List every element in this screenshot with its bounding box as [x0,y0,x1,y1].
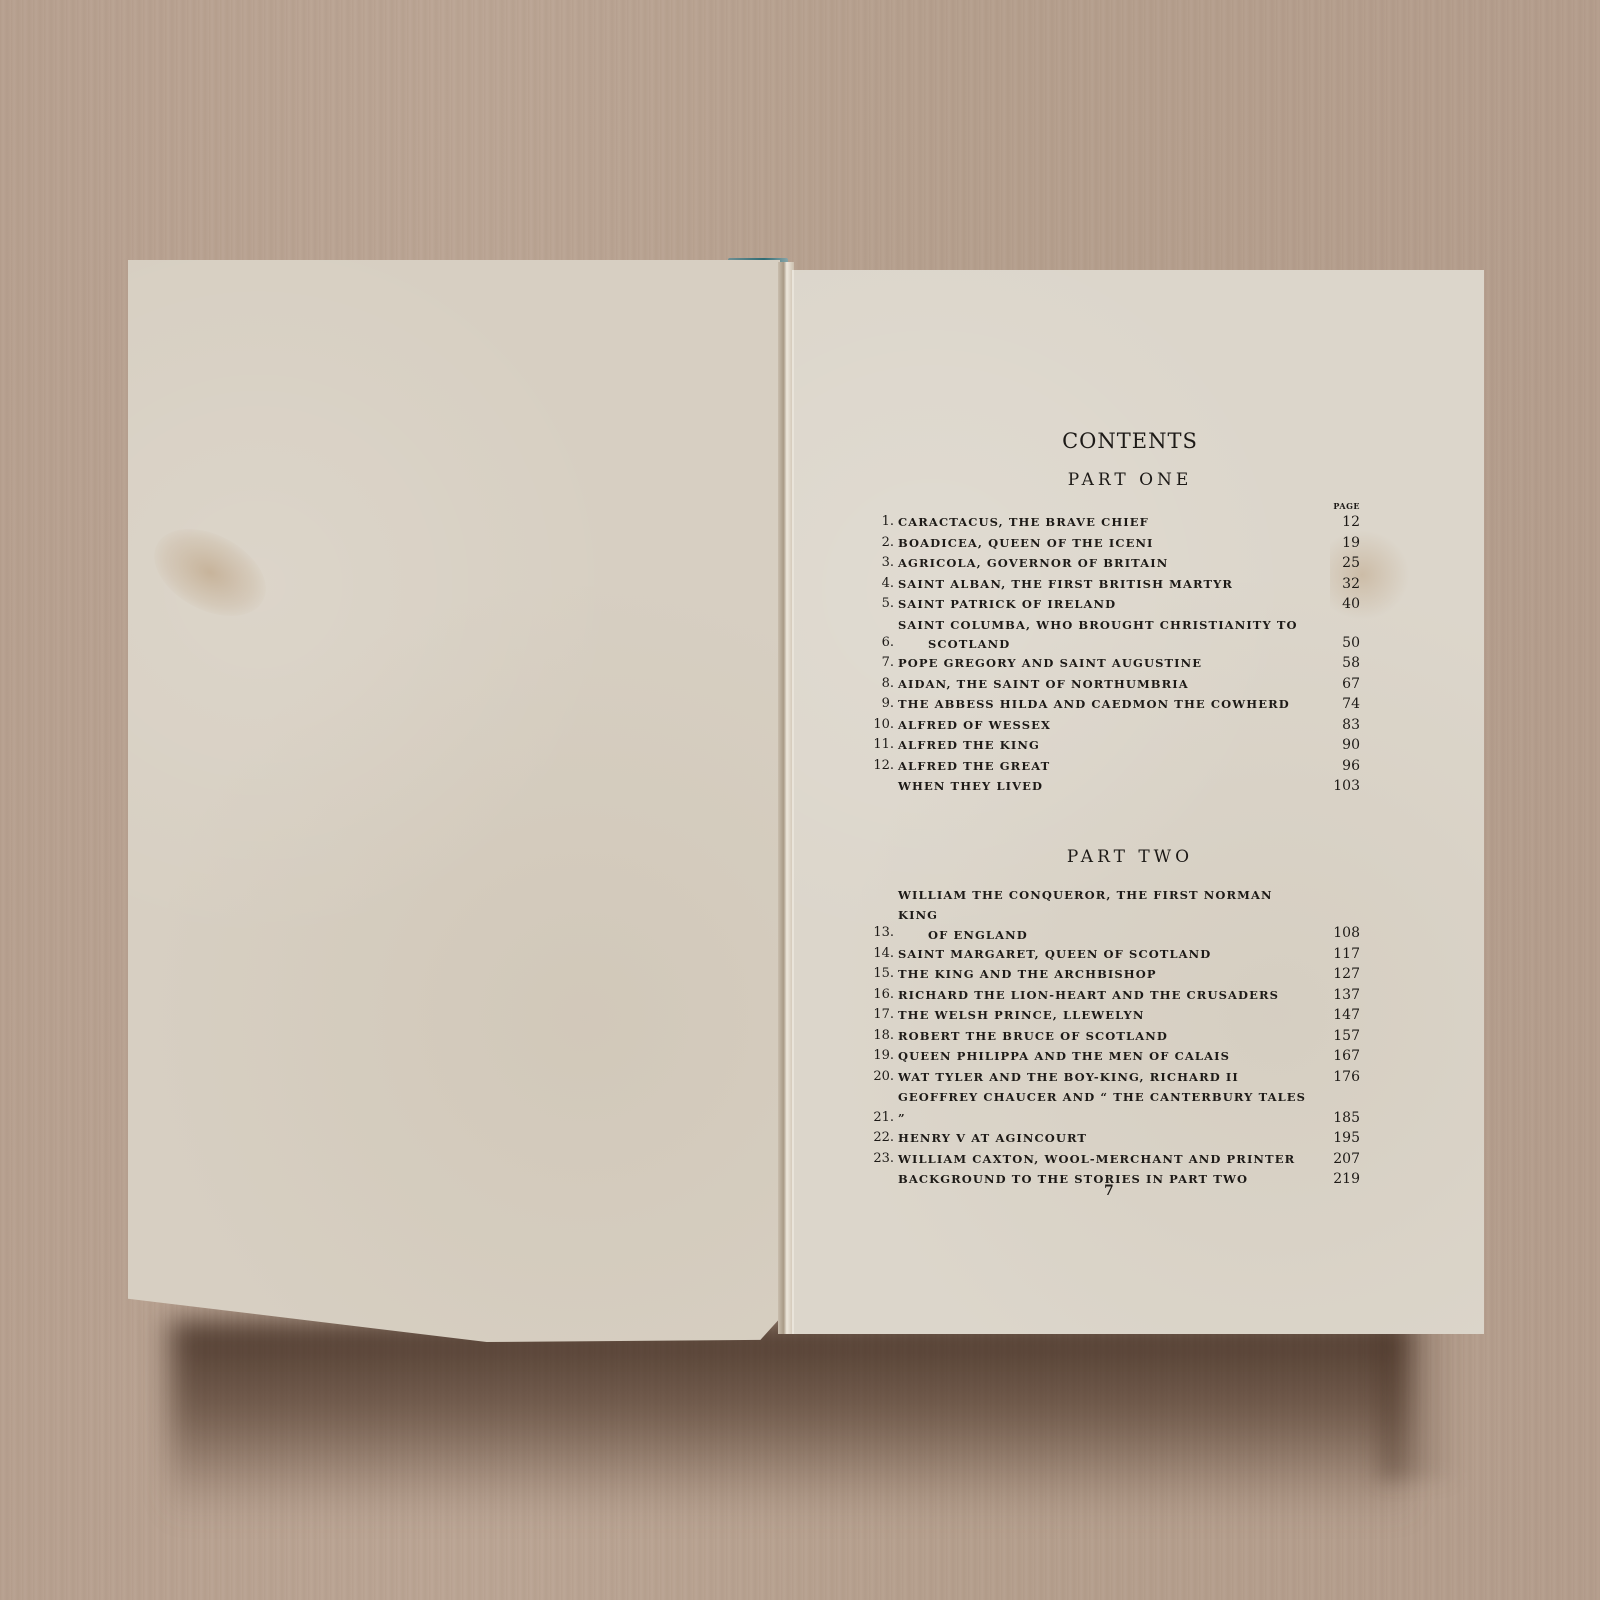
chapter-title: AGRICOLA, GOVERNOR OF BRITAIN [898,553,1310,574]
contents-entry: 13.WILLIAM THE CONQUEROR, THE FIRST NORM… [860,885,1360,944]
chapter-page-number: 219 [1310,1169,1360,1190]
chapter-page-number: 58 [1310,653,1360,674]
chapter-page-number: 137 [1310,985,1360,1006]
chapter-page-number: 19 [1310,533,1360,554]
chapter-title-line: ALFRED OF WESSEX [898,718,1051,732]
chapter-title: GEOFFREY CHAUCER AND “ THE CANTERBURY TA… [898,1087,1310,1128]
chapter-page-number: 32 [1310,574,1360,595]
book-shadow-edge [1380,1320,1460,1480]
chapter-page-number: 176 [1310,1067,1360,1088]
chapter-page-number: 167 [1310,1046,1360,1067]
contents-title: CONTENTS [860,422,1360,460]
chapter-title: WILLIAM THE CONQUEROR, THE FIRST NORMAN … [898,885,1310,944]
table-of-contents: CONTENTS PART ONE PAGE 1.CARACTACUS, THE… [860,422,1360,1190]
chapter-title: SAINT ALBAN, THE FIRST BRITISH MARTYR [898,574,1310,595]
chapter-page-number: 96 [1310,756,1360,777]
contents-entry: 2.BOADICEA, QUEEN OF THE ICENI19 [860,533,1360,554]
chapter-page-number: 50 [1310,633,1360,654]
chapter-number: 18. [860,1026,898,1047]
left-page-blank [128,260,780,1342]
chapter-title: WILLIAM CAXTON, WOOL-MERCHANT AND PRINTE… [898,1149,1310,1170]
chapter-number: 7. [860,653,898,674]
chapter-page-number: 127 [1310,964,1360,985]
chapter-title-line: CARACTACUS, THE BRAVE CHIEF [898,515,1149,529]
chapter-number: 6. [860,633,898,654]
chapter-title: THE WELSH PRINCE, LLEWELYN [898,1005,1310,1026]
contents-entry: 22.HENRY V AT AGINCOURT195 [860,1128,1360,1149]
chapter-title-line: SAINT PATRICK OF IRELAND [898,597,1116,611]
chapter-page-number: 185 [1310,1108,1360,1129]
chapter-title-line2: SCOTLAND [898,635,1310,653]
chapter-title: HENRY V AT AGINCOURT [898,1128,1310,1149]
contents-entry: 18.ROBERT THE BRUCE OF SCOTLAND157 [860,1026,1360,1047]
chapter-number: 13. [860,923,898,944]
chapter-number: 9. [860,694,898,715]
chapter-number: 22. [860,1128,898,1149]
contents-entry: 23.WILLIAM CAXTON, WOOL-MERCHANT AND PRI… [860,1149,1360,1170]
chapter-title: ALFRED THE KING [898,735,1310,756]
chapter-title-line: WHEN THEY LIVED [898,779,1043,793]
chapter-page-number: 67 [1310,674,1360,695]
contents-entry: 16.RICHARD THE LION-HEART AND THE CRUSAD… [860,985,1360,1006]
chapter-page-number: 90 [1310,735,1360,756]
chapter-title-line: ALFRED THE GREAT [898,759,1050,773]
chapter-title: CARACTACUS, THE BRAVE CHIEF [898,512,1310,533]
chapter-number: 12. [860,756,898,777]
contents-entry: 6.SAINT COLUMBA, WHO BROUGHT CHRISTIANIT… [860,615,1360,654]
chapter-title: ROBERT THE BRUCE OF SCOTLAND [898,1026,1310,1047]
contents-entry: 14.SAINT MARGARET, QUEEN OF SCOTLAND117 [860,944,1360,965]
chapter-title: AIDAN, THE SAINT OF NORTHUMBRIA [898,674,1310,695]
chapter-title-line: HENRY V AT AGINCOURT [898,1131,1087,1145]
chapter-title: BOADICEA, QUEEN OF THE ICENI [898,533,1310,554]
chapter-page-number: 25 [1310,553,1360,574]
chapter-number: 21. [860,1108,898,1129]
chapter-number: 20. [860,1067,898,1088]
chapter-title: THE KING AND THE ARCHBISHOP [898,964,1310,985]
contents-entry: 9.THE ABBESS HILDA AND CAEDMON THE COWHE… [860,694,1360,715]
chapter-number: 8. [860,674,898,695]
chapter-number: 17. [860,1005,898,1026]
chapter-number: 23. [860,1149,898,1170]
chapter-title-line: THE WELSH PRINCE, LLEWELYN [898,1008,1144,1022]
part-one-entries: 1.CARACTACUS, THE BRAVE CHIEF122.BOADICE… [860,512,1360,797]
chapter-title-line: THE ABBESS HILDA AND CAEDMON THE COWHERD [898,697,1290,711]
chapter-title-line: AGRICOLA, GOVERNOR OF BRITAIN [898,556,1168,570]
contents-entry: 19.QUEEN PHILIPPA AND THE MEN OF CALAIS1… [860,1046,1360,1067]
contents-entry: 11.ALFRED THE KING90 [860,735,1360,756]
contents-entry: 12.ALFRED THE GREAT96 [860,756,1360,777]
part-two-entries: 13.WILLIAM THE CONQUEROR, THE FIRST NORM… [860,885,1360,1190]
chapter-page-number: 12 [1310,512,1360,533]
chapter-title-line: SAINT COLUMBA, WHO BROUGHT CHRISTIANITY … [898,618,1298,632]
chapter-number: 19. [860,1046,898,1067]
chapter-page-number: 108 [1310,923,1360,944]
chapter-title-line: BACKGROUND TO THE STORIES IN PART TWO [898,1172,1248,1186]
page-column-label: PAGE [860,500,1360,512]
part-one-heading: PART ONE [860,460,1360,500]
chapter-page-number: 207 [1310,1149,1360,1170]
chapter-title-line: THE KING AND THE ARCHBISHOP [898,967,1157,981]
chapter-number: 11. [860,735,898,756]
chapter-number: 3. [860,553,898,574]
chapter-number: 1. [860,512,898,533]
chapter-page-number: 157 [1310,1026,1360,1047]
chapter-title-line: ALFRED THE KING [898,738,1040,752]
chapter-title-line: POPE GREGORY AND SAINT AUGUSTINE [898,656,1202,670]
chapter-title: SAINT MARGARET, QUEEN OF SCOTLAND [898,944,1310,965]
contents-entry: 15.THE KING AND THE ARCHBISHOP127 [860,964,1360,985]
chapter-number: 16. [860,985,898,1006]
chapter-title-line: ROBERT THE BRUCE OF SCOTLAND [898,1029,1168,1043]
chapter-page-number: 40 [1310,594,1360,615]
chapter-page-number: 147 [1310,1005,1360,1026]
chapter-title-line: AIDAN, THE SAINT OF NORTHUMBRIA [898,677,1189,691]
chapter-title-line: GEOFFREY CHAUCER AND “ THE CANTERBURY TA… [898,1090,1306,1125]
chapter-number: 10. [860,715,898,736]
contents-entry: 21.GEOFFREY CHAUCER AND “ THE CANTERBURY… [860,1087,1360,1128]
chapter-number: 15. [860,964,898,985]
contents-entry: 17.THE WELSH PRINCE, LLEWELYN147 [860,1005,1360,1026]
chapter-title: THE ABBESS HILDA AND CAEDMON THE COWHERD [898,694,1310,715]
chapter-number: 14. [860,944,898,965]
chapter-title: WAT TYLER AND THE BOY-KING, RICHARD II [898,1067,1310,1088]
contents-entry: 8.AIDAN, THE SAINT OF NORTHUMBRIA67 [860,674,1360,695]
chapter-title: ALFRED THE GREAT [898,756,1310,777]
chapter-title-line: QUEEN PHILIPPA AND THE MEN OF CALAIS [898,1049,1230,1063]
chapter-title: RICHARD THE LION-HEART AND THE CRUSADERS [898,985,1310,1006]
chapter-page-number: 74 [1310,694,1360,715]
contents-entry: 3.AGRICOLA, GOVERNOR OF BRITAIN25 [860,553,1360,574]
chapter-title: QUEEN PHILIPPA AND THE MEN OF CALAIS [898,1046,1310,1067]
chapter-number: 5. [860,594,898,615]
chapter-title-line2: OF ENGLAND [898,926,1310,944]
chapter-page-number: 195 [1310,1128,1360,1149]
contents-entry: 4.SAINT ALBAN, THE FIRST BRITISH MARTYR3… [860,574,1360,595]
chapter-title-line: BOADICEA, QUEEN OF THE ICENI [898,536,1154,550]
chapter-title-line: RICHARD THE LION-HEART AND THE CRUSADERS [898,988,1279,1002]
chapter-page-number: 117 [1310,944,1360,965]
contents-entry: 5.SAINT PATRICK OF IRELAND40 [860,594,1360,615]
book-shadow [170,1320,1410,1520]
contents-entry: 1.CARACTACUS, THE BRAVE CHIEF12 [860,512,1360,533]
chapter-title-line: WILLIAM THE CONQUEROR, THE FIRST NORMAN … [898,888,1273,923]
chapter-title: POPE GREGORY AND SAINT AUGUSTINE [898,653,1310,674]
contents-entry: 10.ALFRED OF WESSEX83 [860,715,1360,736]
part-two-heading: PART TWO [860,837,1360,877]
chapter-title-line: SAINT ALBAN, THE FIRST BRITISH MARTYR [898,577,1233,591]
chapter-title: WHEN THEY LIVED [898,776,1310,797]
chapter-number: 2. [860,533,898,554]
chapter-title: SAINT PATRICK OF IRELAND [898,594,1310,615]
chapter-page-number: 103 [1310,776,1360,797]
contents-entry: WHEN THEY LIVED103 [860,776,1360,797]
chapter-title: SAINT COLUMBA, WHO BROUGHT CHRISTIANITY … [898,615,1310,654]
page-number: 7 [1104,1183,1114,1199]
chapter-title-line: SAINT MARGARET, QUEEN OF SCOTLAND [898,947,1211,961]
chapter-title-line: WAT TYLER AND THE BOY-KING, RICHARD II [898,1070,1239,1084]
chapter-title: ALFRED OF WESSEX [898,715,1310,736]
contents-entry: 7.POPE GREGORY AND SAINT AUGUSTINE58 [860,653,1360,674]
chapter-number: 4. [860,574,898,595]
chapter-page-number: 83 [1310,715,1360,736]
contents-entry: 20.WAT TYLER AND THE BOY-KING, RICHARD I… [860,1067,1360,1088]
chapter-title-line: WILLIAM CAXTON, WOOL-MERCHANT AND PRINTE… [898,1152,1295,1166]
